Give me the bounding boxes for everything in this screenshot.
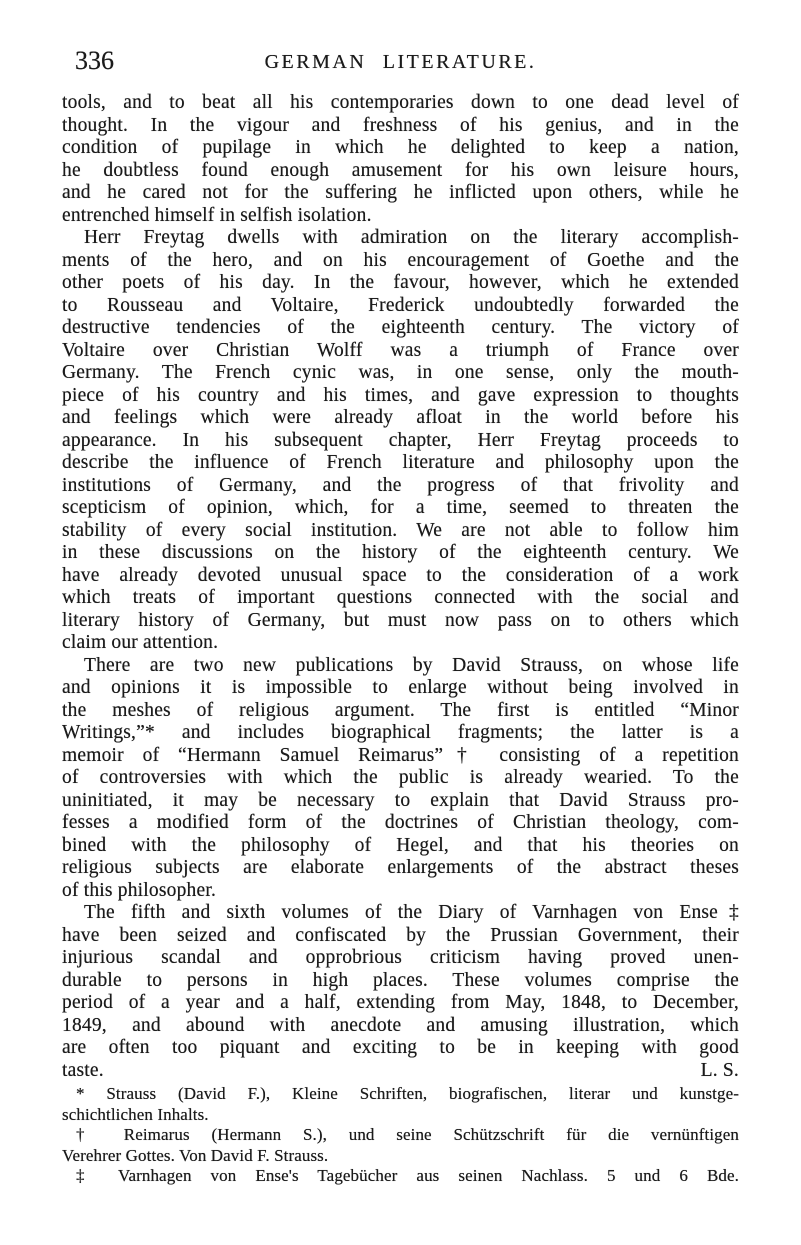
paragraph: tools, and to beat all his contemporarie…	[62, 92, 739, 227]
text-line: There are two new publications by David …	[62, 655, 739, 678]
text-line: The fifth and sixth volumes of the Diary…	[62, 902, 739, 925]
paragraph: Herr Freytag dwells with admiration on t…	[62, 227, 739, 655]
text-line: Verehrer Gottes. Von David F. Strauss.	[62, 1146, 739, 1167]
text-line: scepticism of opinion, which, for a time…	[62, 497, 739, 520]
last-line-text: taste.	[62, 1060, 104, 1083]
footnotes: * Strauss (David F.), Kleine Schriften, …	[62, 1084, 739, 1187]
text-line: uninitiated, it may be necessary to expl…	[62, 790, 739, 813]
text-line: of controversies with which the public i…	[62, 767, 739, 790]
text-line: 1849, and abound with anecdote and amusi…	[62, 1015, 739, 1038]
paragraph: There are two new publications by David …	[62, 655, 739, 903]
signature: L. S.	[701, 1060, 739, 1083]
text-line: injurious scandal and opprobrious critic…	[62, 947, 739, 970]
text-line: and opinions it is impossible to enlarge…	[62, 677, 739, 700]
text-line: of this philosopher.	[62, 880, 739, 903]
text-line: and he cared not for the suffering he in…	[62, 182, 739, 205]
text-line: in these discussions on the history of t…	[62, 542, 739, 565]
text-line: taste.L. S.	[62, 1060, 739, 1083]
text-line: claim our attention.	[62, 632, 739, 655]
text-line: fesses a modified form of the doctrines …	[62, 812, 739, 835]
text-line: entrenched himself in selfish isolation.	[62, 205, 739, 228]
text-line: ‡ Varnhagen von Ense's Tagebücher aus se…	[62, 1166, 739, 1187]
text-line: ments of the hero, and on his encouragem…	[62, 250, 739, 273]
text-line: thought. In the vigour and freshness of …	[62, 115, 739, 138]
text-line: have already devoted unusual space to th…	[62, 565, 739, 588]
footnote: * Strauss (David F.), Kleine Schriften, …	[62, 1084, 739, 1125]
text-line: stability of every social institution. W…	[62, 520, 739, 543]
text-line: period of a year and a half, extending f…	[62, 992, 739, 1015]
footnote: † Reimarus (Hermann S.), und seine Schüt…	[62, 1125, 739, 1166]
page-header: 336 GERMAN LITERATURE.	[62, 46, 739, 76]
text-line: destructive tendencies of the eighteenth…	[62, 317, 739, 340]
text-line: the meshes of religious argument. The fi…	[62, 700, 739, 723]
text-line: other poets of his day. In the favour, h…	[62, 272, 739, 295]
text-line: Herr Freytag dwells with admiration on t…	[62, 227, 739, 250]
text-line: appearance. In his subsequent chapter, H…	[62, 430, 739, 453]
text-line: describe the influence of French literat…	[62, 452, 739, 475]
body-text: tools, and to beat all his contemporarie…	[62, 92, 739, 1082]
text-line: memoir of “Hermann Samuel Reimarus”† con…	[62, 745, 739, 768]
text-line: Germany. The French cynic was, in one se…	[62, 362, 739, 385]
text-line: durable to persons in high places. These…	[62, 970, 739, 993]
text-line: condition of pupilage in which he deligh…	[62, 137, 739, 160]
text-line: religious subjects are elaborate enlarge…	[62, 857, 739, 880]
text-line: have been seized and confiscated by the …	[62, 925, 739, 948]
paragraph: The fifth and sixth volumes of the Diary…	[62, 902, 739, 1082]
text-line: and feelings which were already afloat i…	[62, 407, 739, 430]
text-line: piece of his country and his times, and …	[62, 385, 739, 408]
text-line: Voltaire over Christian Wolff was a triu…	[62, 340, 739, 363]
text-line: he doubtless found enough amusement for …	[62, 160, 739, 183]
text-line: Writings,”* and includes biographical fr…	[62, 722, 739, 745]
text-line: bined with the philosophy of Hegel, and …	[62, 835, 739, 858]
text-line: † Reimarus (Hermann S.), und seine Schüt…	[62, 1125, 739, 1146]
text-line: to Rousseau and Voltaire, Frederick undo…	[62, 295, 739, 318]
text-line: schichtlichen Inhalts.	[62, 1105, 739, 1126]
running-title: GERMAN LITERATURE.	[62, 49, 739, 75]
text-line: * Strauss (David F.), Kleine Schriften, …	[62, 1084, 739, 1105]
text-line: literary history of Germany, but must no…	[62, 610, 739, 633]
footnote: ‡ Varnhagen von Ense's Tagebücher aus se…	[62, 1166, 739, 1187]
text-line: are often too piquant and exciting to be…	[62, 1037, 739, 1060]
scanned-book-page: 336 GERMAN LITERATURE. tools, and to bea…	[0, 0, 801, 1245]
text-line: tools, and to beat all his contemporarie…	[62, 92, 739, 115]
text-line: which treats of important questions conn…	[62, 587, 739, 610]
text-line: institutions of Germany, and the progres…	[62, 475, 739, 498]
